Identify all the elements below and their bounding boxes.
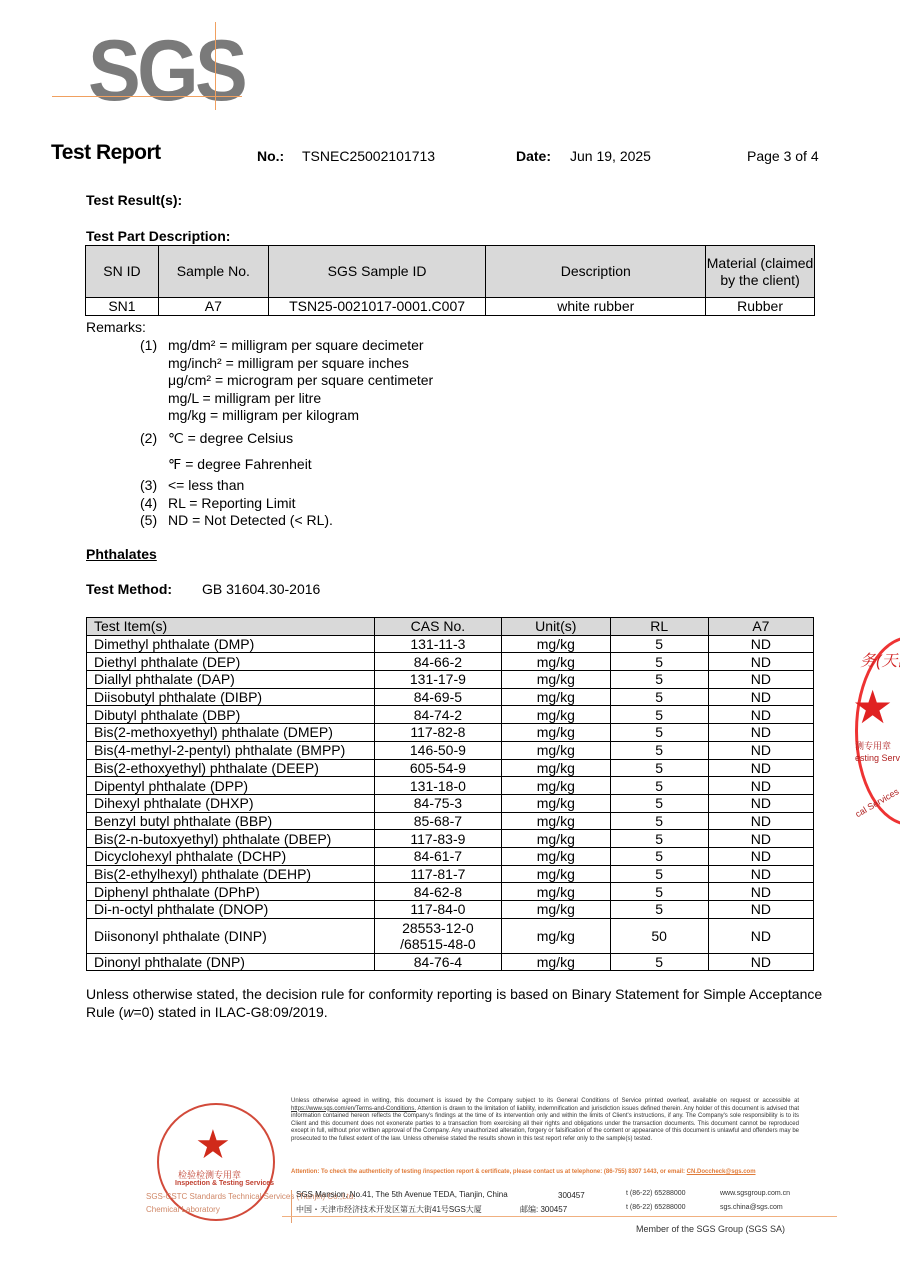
results-cell-unit: mg/kg [502,918,611,953]
table-row: Diallyl phthalate (DAP)131-17-9mg/kg5ND [87,671,814,689]
logo-horizontal-line [52,96,242,97]
table-row: Dinonyl phthalate (DNP)84-76-4mg/kg5ND [87,953,814,971]
table-row: Bis(2-ethylhexyl) phthalate (DEHP)117-81… [87,865,814,883]
terms-link[interactable]: https://www.sgs.com/en/Terms-and-Conditi… [291,1106,416,1112]
side-seal-en-label: esting Servic [855,753,900,763]
telephone-1: t (86-22) 65288000 [626,1190,686,1197]
results-cell-item: Diisononyl phthalate (DINP) [87,918,375,953]
legal-text-1: Unless otherwise agreed in writing, this… [291,1098,799,1104]
zip-chinese: 邮编: 300457 [520,1204,567,1215]
doccheck-email-link[interactable]: CN.Doccheck@sgs.com [687,1169,756,1175]
results-cell-cas: 117-81-7 [374,865,501,883]
remark-text: ℉ = degree Fahrenheit [168,456,312,474]
results-cell-result: ND [708,812,813,830]
results-cell-item: Bis(2-ethoxyethyl) phthalate (DEEP) [87,759,375,777]
results-cell-result: ND [708,918,813,953]
results-cell-item: Dicyclohexyl phthalate (DCHP) [87,847,375,865]
part-cell: A7 [158,298,268,316]
results-cell-unit: mg/kg [502,635,611,653]
remark-number: (3) [140,477,157,495]
results-cell-item: Diallyl phthalate (DAP) [87,671,375,689]
results-cell-rl: 5 [610,635,708,653]
results-cell-unit: mg/kg [502,777,611,795]
results-cell-rl: 5 [610,812,708,830]
results-cell-rl: 5 [610,777,708,795]
results-cell-rl: 5 [610,794,708,812]
remarks-heading: Remarks: [86,319,146,335]
table-row: Bis(2-methoxyethyl) phthalate (DMEP)117-… [87,724,814,742]
report-date-value: Jun 19, 2025 [570,148,651,164]
results-cell-item: Benzyl butyl phthalate (BBP) [87,812,375,830]
phthalates-heading: Phthalates [86,546,157,562]
part-col-header: SGS Sample ID [268,246,486,298]
seal-star-icon: ★ [195,1125,231,1165]
results-cell-item: Bis(2-methoxyethyl) phthalate (DMEP) [87,724,375,742]
results-cell-rl: 5 [610,688,708,706]
results-cell-cas: 146-50-9 [374,741,501,759]
results-cell-item: Bis(2-n-butoxyethyl) phthalate (DBEP) [87,830,375,848]
results-cell-unit: mg/kg [502,671,611,689]
results-cell-result: ND [708,777,813,795]
side-seal-text-top: 务(天津 [860,648,900,671]
table-row: Dihexyl phthalate (DHXP)84-75-3mg/kg5ND [87,794,814,812]
results-cell-unit: mg/kg [502,901,611,919]
results-col-header: CAS No. [374,618,501,636]
results-cell-cas: 85-68-7 [374,812,501,830]
report-title: Test Report [51,141,161,165]
results-cell-cas: 605-54-9 [374,759,501,777]
table-row: Dicyclohexyl phthalate (DCHP)84-61-7mg/k… [87,847,814,865]
page-indicator: Page 3 of 4 [747,148,819,164]
part-cell: TSN25-0021017-0001.C007 [268,298,486,316]
part-col-header: Material (claimed by the client) [706,246,815,298]
results-cell-cas: 84-76-4 [374,953,501,971]
part-col-header: Sample No. [158,246,268,298]
results-cell-result: ND [708,671,813,689]
results-cell-unit: mg/kg [502,706,611,724]
seal-en-label: Inspection & Testing Services [175,1180,274,1187]
results-cell-rl: 5 [610,653,708,671]
results-col-header: RL [610,618,708,636]
test-results-heading: Test Result(s): [86,192,182,208]
table-row: Bis(2-n-butoxyethyl) phthalate (DBEP)117… [87,830,814,848]
table-row: Bis(4-methyl-2-pentyl) phthalate (BMPP)1… [87,741,814,759]
results-cell-result: ND [708,759,813,777]
results-cell-rl: 5 [610,830,708,848]
remark-text: μg/cm² = microgram per square centimeter [168,372,433,390]
remark-text: ND = Not Detected (< RL). [168,512,333,530]
side-seal-star-icon: ★ [852,684,893,730]
report-date-label: Date: [516,148,551,164]
table-row: Diphenyl phthalate (DPhP)84-62-8mg/kg5ND [87,883,814,901]
part-col-header: SN ID [86,246,159,298]
results-cell-cas: 84-62-8 [374,883,501,901]
results-col-header: Unit(s) [502,618,611,636]
results-cell-result: ND [708,901,813,919]
results-cell-rl: 5 [610,759,708,777]
results-cell-result: ND [708,794,813,812]
results-cell-item: Dihexyl phthalate (DHXP) [87,794,375,812]
results-cell-cas: 117-84-0 [374,901,501,919]
results-cell-item: Bis(4-methyl-2-pentyl) phthalate (BMPP) [87,741,375,759]
results-cell-cas: 117-83-9 [374,830,501,848]
decision-rule-statement: Unless otherwise stated, the decision ru… [86,985,826,1021]
part-cell: white rubber [486,298,706,316]
table-row: Dibutyl phthalate (DBP)84-74-2mg/kg5ND [87,706,814,724]
results-cell-cas: 84-61-7 [374,847,501,865]
contact-email-link[interactable]: sgs.china@sgs.com [720,1204,783,1211]
remark-number: (2) [140,430,157,448]
legal-disclaimer: Unless otherwise agreed in writing, this… [291,1098,799,1144]
side-seal-cn-label: 测专用章 [855,739,891,752]
results-cell-item: Diisobutyl phthalate (DIBP) [87,688,375,706]
footer-horizontal-rule [282,1216,837,1217]
remark-text: RL = Reporting Limit [168,495,295,513]
remark-text: mg/inch² = milligram per square inches [168,355,409,373]
results-cell-unit: mg/kg [502,794,611,812]
results-cell-item: Di-n-octyl phthalate (DNOP) [87,901,375,919]
results-cell-rl: 5 [610,671,708,689]
results-cell-result: ND [708,865,813,883]
part-cell: Rubber [706,298,815,316]
telephone-2: t (86-22) 65288000 [626,1204,686,1211]
results-col-header: A7 [708,618,813,636]
remark-text: <= less than [168,477,244,495]
results-col-header: Test Item(s) [87,618,375,636]
results-cell-unit: mg/kg [502,741,611,759]
website-link[interactable]: www.sgsgroup.com.cn [720,1190,790,1197]
table-row: Di-n-octyl phthalate (DNOP)117-84-0mg/kg… [87,901,814,919]
results-cell-unit: mg/kg [502,953,611,971]
part-cell: SN1 [86,298,159,316]
seal-company-line-2: Chemical Laboratory [146,1205,220,1214]
sgs-logo: SGS [88,28,244,114]
results-cell-cas: 84-66-2 [374,653,501,671]
results-cell-cas: 131-11-3 [374,635,501,653]
footer-vertical-rule [291,1190,292,1223]
remark-text: mg/dm² = milligram per square decimeter [168,337,424,355]
results-cell-rl: 5 [610,953,708,971]
results-cell-result: ND [708,953,813,971]
remark-text: mg/kg = milligram per kilogram [168,407,359,425]
results-cell-rl: 50 [610,918,708,953]
test-method-label: Test Method: [86,581,172,597]
address-english: SGS Mansion, No.41, The 5th Avenue TEDA,… [296,1190,508,1199]
member-statement: Member of the SGS Group (SGS SA) [636,1224,785,1234]
test-part-table: SN IDSample No.SGS Sample IDDescriptionM… [85,245,815,316]
results-cell-unit: mg/kg [502,724,611,742]
results-cell-cas: 131-17-9 [374,671,501,689]
results-cell-result: ND [708,635,813,653]
results-cell-cas: 131-18-0 [374,777,501,795]
results-cell-unit: mg/kg [502,759,611,777]
zip-english: 300457 [558,1191,585,1200]
decision-rule-w: w [123,1004,133,1020]
results-cell-rl: 5 [610,847,708,865]
table-row: Bis(2-ethoxyethyl) phthalate (DEEP)605-5… [87,759,814,777]
results-cell-result: ND [708,653,813,671]
results-cell-item: Diethyl phthalate (DEP) [87,653,375,671]
table-row: Benzyl butyl phthalate (BBP)85-68-7mg/kg… [87,812,814,830]
part-col-header: Description [486,246,706,298]
address-chinese: 中国・天津市经济技术开发区第五大街41号SGS大厦 [296,1204,482,1215]
results-cell-unit: mg/kg [502,883,611,901]
report-no-value: TSNEC25002101713 [302,148,435,164]
remark-text: mg/L = milligram per litre [168,390,321,408]
remark-text: ℃ = degree Celsius [168,430,293,448]
results-cell-cas: 28553-12-0 /68515-48-0 [374,918,501,953]
results-cell-result: ND [708,883,813,901]
table-row: Dipentyl phthalate (DPP)131-18-0mg/kg5ND [87,777,814,795]
results-cell-item: Diphenyl phthalate (DPhP) [87,883,375,901]
table-row: Diisobutyl phthalate (DIBP)84-69-5mg/kg5… [87,688,814,706]
report-no-label: No.: [257,148,284,164]
results-cell-rl: 5 [610,741,708,759]
table-row: Dimethyl phthalate (DMP)131-11-3mg/kg5ND [87,635,814,653]
results-cell-item: Bis(2-ethylhexyl) phthalate (DEHP) [87,865,375,883]
attention-text: Attention: To check the authenticity of … [291,1169,687,1175]
results-cell-rl: 5 [610,883,708,901]
results-cell-item: Dinonyl phthalate (DNP) [87,953,375,971]
results-cell-rl: 5 [610,865,708,883]
results-cell-unit: mg/kg [502,865,611,883]
results-cell-result: ND [708,688,813,706]
results-cell-rl: 5 [610,706,708,724]
results-cell-rl: 5 [610,901,708,919]
test-part-heading: Test Part Description: [86,228,230,244]
table-row: Diethyl phthalate (DEP)84-66-2mg/kg5ND [87,653,814,671]
results-cell-unit: mg/kg [502,830,611,848]
results-cell-cas: 84-75-3 [374,794,501,812]
results-cell-result: ND [708,847,813,865]
remark-number: (5) [140,512,157,530]
authenticity-notice: Attention: To check the authenticity of … [291,1169,799,1177]
results-cell-result: ND [708,724,813,742]
test-method-value: GB 31604.30-2016 [202,581,320,597]
results-cell-result: ND [708,830,813,848]
logo-vertical-line [215,22,216,110]
results-cell-item: Dimethyl phthalate (DMP) [87,635,375,653]
results-cell-unit: mg/kg [502,688,611,706]
results-cell-unit: mg/kg [502,812,611,830]
table-row: Diisononyl phthalate (DINP)28553-12-0 /6… [87,918,814,953]
decision-rule-suffix: =0) stated in ILAC-G8:09/2019. [133,1004,327,1020]
table-row: SN1A7TSN25-0021017-0001.C007white rubber… [86,298,815,316]
results-cell-rl: 5 [610,724,708,742]
results-cell-item: Dipentyl phthalate (DPP) [87,777,375,795]
results-cell-result: ND [708,741,813,759]
remark-number: (1) [140,337,157,355]
results-cell-cas: 117-82-8 [374,724,501,742]
phthalates-results-table: Test Item(s)CAS No.Unit(s)RLA7 Dimethyl … [86,617,814,971]
results-cell-result: ND [708,706,813,724]
results-cell-unit: mg/kg [502,653,611,671]
results-cell-item: Dibutyl phthalate (DBP) [87,706,375,724]
results-cell-unit: mg/kg [502,847,611,865]
results-cell-cas: 84-74-2 [374,706,501,724]
remark-number: (4) [140,495,157,513]
results-cell-cas: 84-69-5 [374,688,501,706]
